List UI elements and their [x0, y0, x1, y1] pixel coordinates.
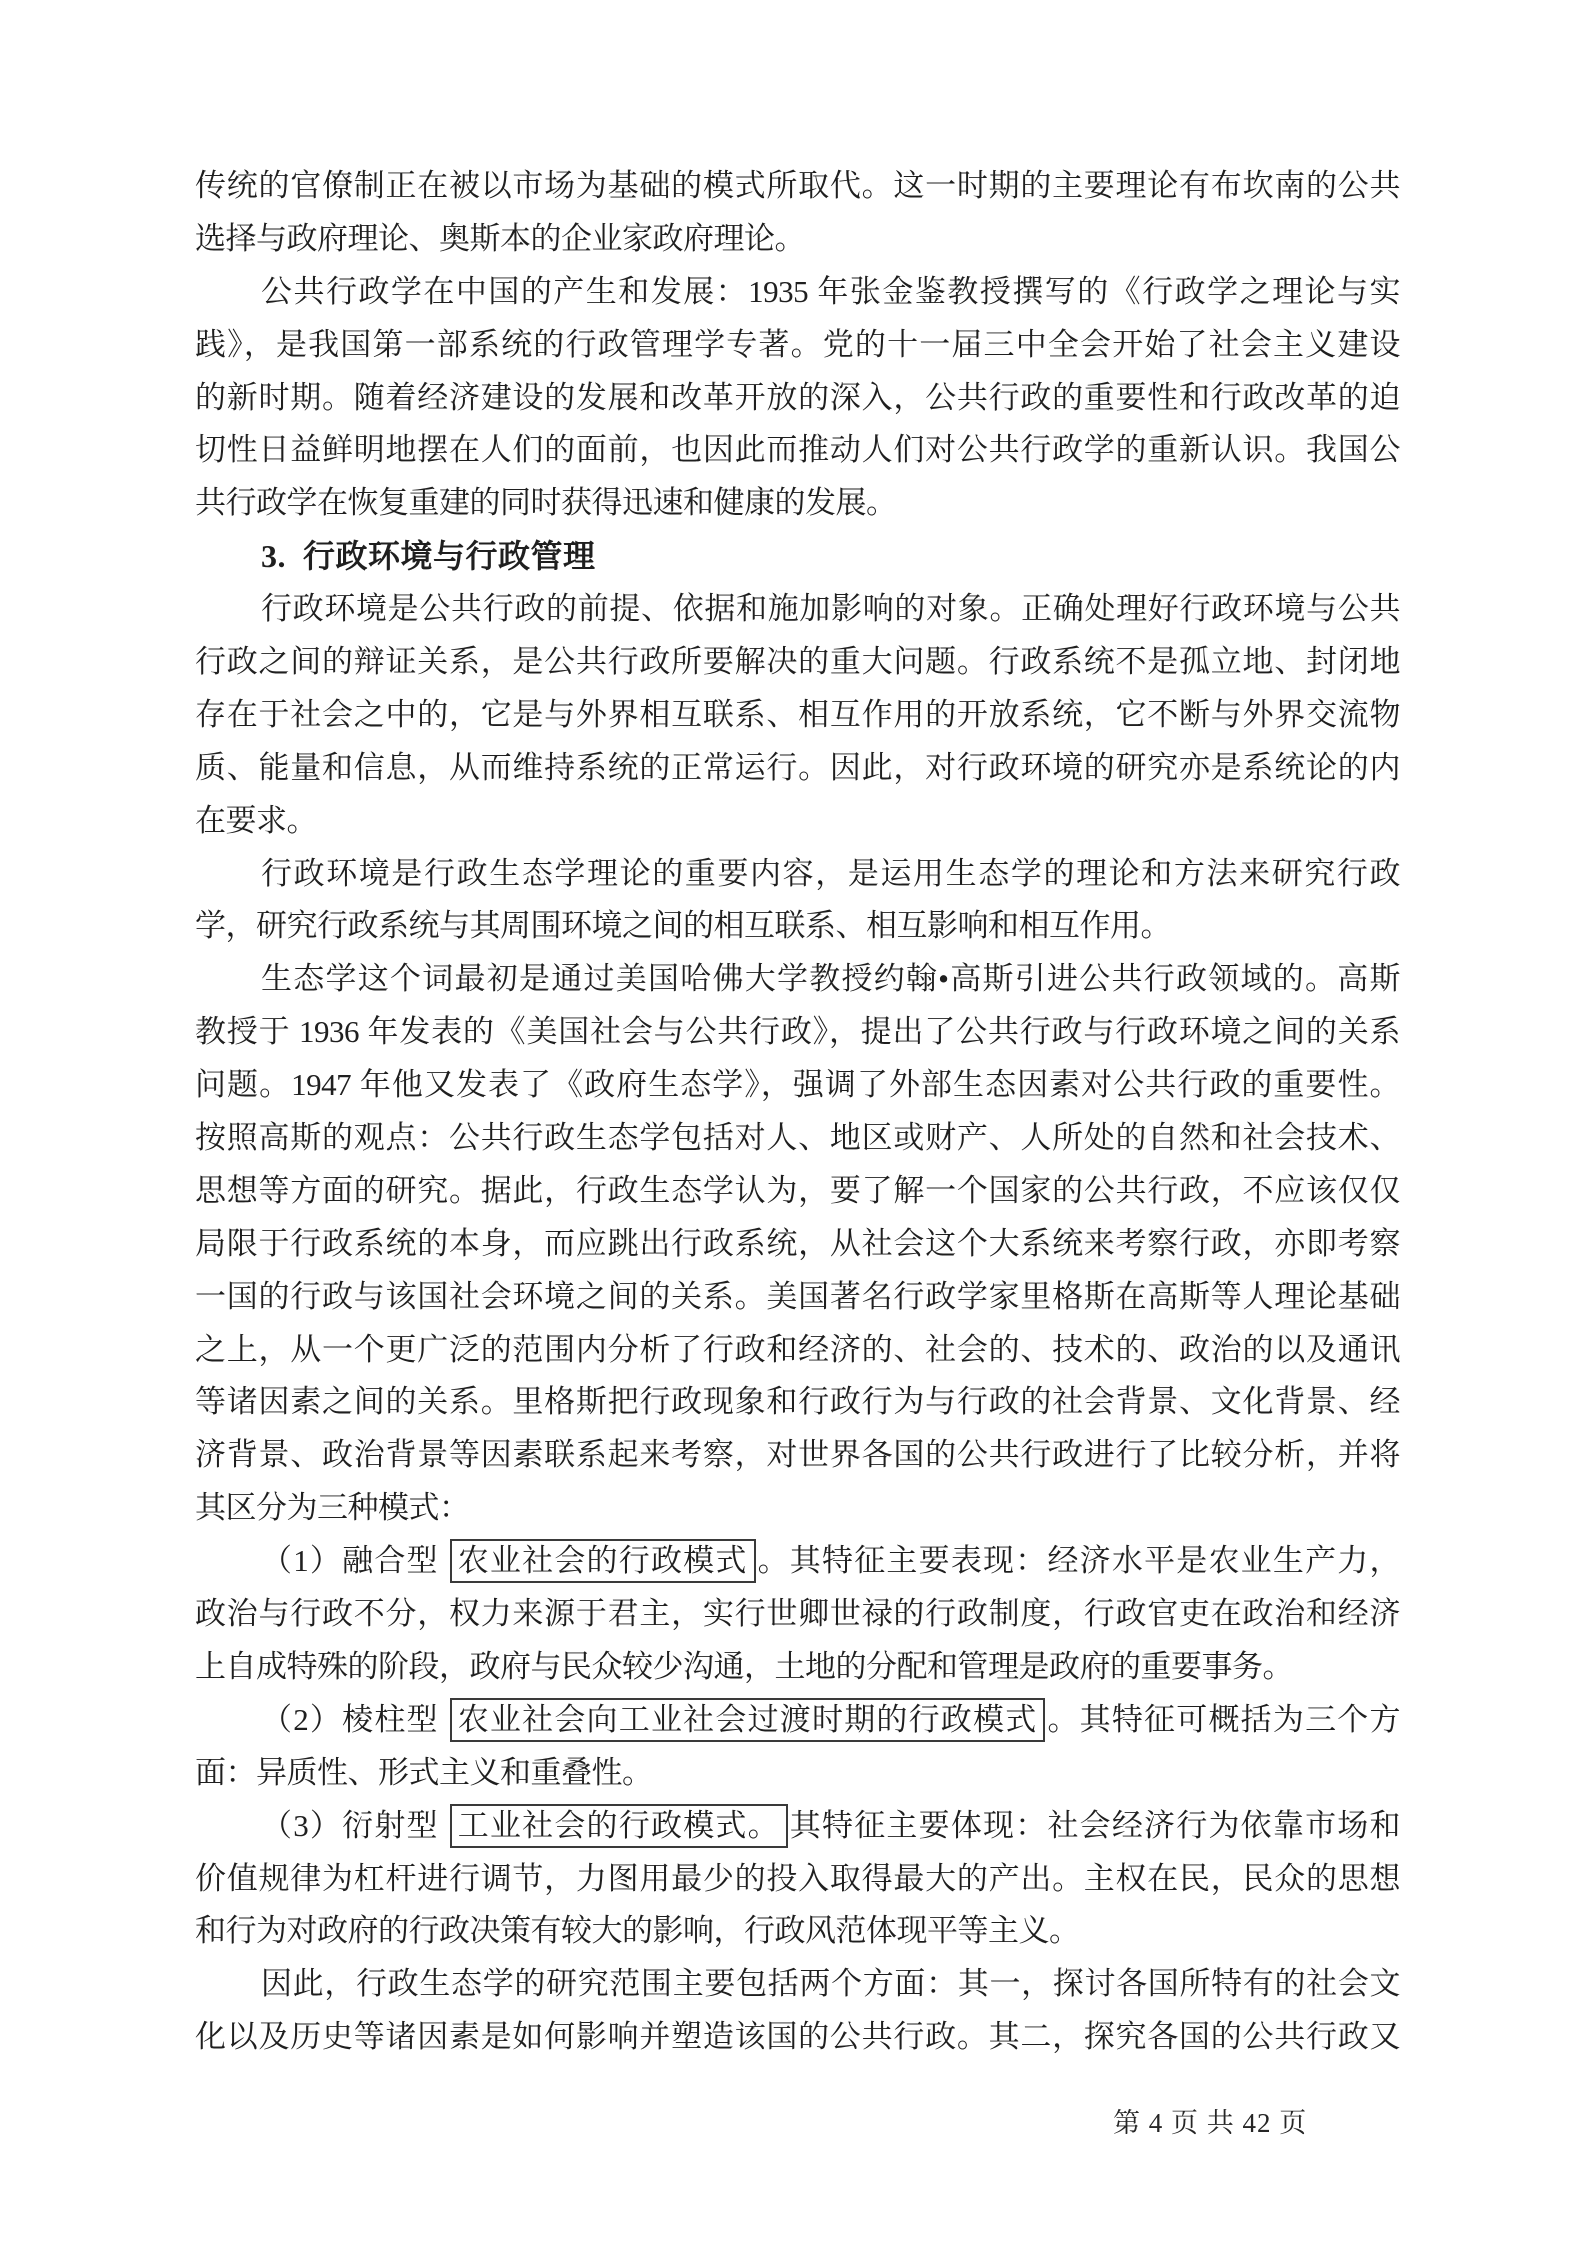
- text-line: 生态学这个词最初是通过美国哈佛大学教授约翰•高斯引进公共行政领域的。高斯: [195, 953, 1400, 1006]
- text-line: 切性日益鲜明地摆在人们的面前，也因此而推动人们对公共行政学的重新认识。我国公: [195, 424, 1400, 477]
- text-segment: 其特征主要体现：社会经济行为依靠市场和: [790, 1808, 1400, 1843]
- text-line: 面：异质性、形式主义和重叠性。: [195, 1747, 1400, 1800]
- text-line: 行政环境是公共行政的前提、依据和施加影响的对象。正确处理好行政环境与公共: [195, 583, 1400, 636]
- text-block: 传统的官僚制正在被以市场为基础的模式所取代。这一时期的主要理论有布坎南的公共选择…: [195, 160, 1400, 2064]
- text-line: 共行政学在恢复重建的同时获得迅速和健康的发展。: [195, 477, 1400, 530]
- text-line: 一国的行政与该国社会环境之间的关系。美国著名行政学家里格斯在高斯等人理论基础: [195, 1271, 1400, 1324]
- text-segment: 。其特征可概括为三个方: [1047, 1702, 1400, 1737]
- boxed-term: 农业社会的行政模式: [450, 1539, 756, 1583]
- text-line: 济背景、政治背景等因素联系起来考察，对世界各国的公共行政进行了比较分析，并将: [195, 1429, 1400, 1482]
- text-line: 价值规律为杠杆进行调节，力图用最少的投入取得最大的产出。主权在民，民众的思想: [195, 1853, 1400, 1906]
- text-line: （2）棱柱型 农业社会向工业社会过渡时期的行政模式。其特征可概括为三个方: [195, 1694, 1400, 1747]
- page-number: 第 4 页 共 42 页: [1113, 2103, 1307, 2143]
- text-line: 践》，是我国第一部系统的行政管理学专著。党的十一届三中全会开始了社会主义建设: [195, 319, 1400, 372]
- text-segment: （3）衍射型: [261, 1808, 448, 1843]
- text-line: （1）融合型 农业社会的行政模式。其特征主要表现：经济水平是农业生产力，: [195, 1535, 1400, 1588]
- text-line: 选择与政府理论、奥斯本的企业家政府理论。: [195, 213, 1400, 266]
- text-line: 在要求。: [195, 795, 1400, 848]
- text-line: 政治与行政不分，权力来源于君主，实行世卿世禄的行政制度，行政官吏在政治和经济: [195, 1588, 1400, 1641]
- text-segment: （2）棱柱型: [261, 1702, 448, 1737]
- text-segment: （1）融合型: [261, 1543, 448, 1578]
- text-line: 和行为对政府的行政决策有较大的影响，行政风范体现平等主义。: [195, 1905, 1400, 1958]
- text-line: 公共行政学在中国的产生和发展：1935 年张金鉴教授撰写的《行政学之理论与实: [195, 266, 1400, 319]
- text-line: 局限于行政系统的本身，而应跳出行政系统，从社会这个大系统来考察行政，亦即考察: [195, 1218, 1400, 1271]
- text-line: 等诸因素之间的关系。里格斯把行政现象和行政行为与行政的社会背景、文化背景、经: [195, 1376, 1400, 1429]
- text-segment: 。其特征主要表现：经济水平是农业生产力，: [758, 1543, 1400, 1578]
- text-line: 学，研究行政系统与其周围环境之间的相互联系、相互影响和相互作用。: [195, 900, 1400, 953]
- boxed-term: 农业社会向工业社会过渡时期的行政模式: [450, 1698, 1046, 1742]
- text-line: 问题。1947 年他又发表了《政府生态学》，强调了外部生态因素对公共行政的重要性…: [195, 1059, 1400, 1112]
- boxed-term: 工业社会的行政模式。: [450, 1804, 788, 1848]
- text-line: 传统的官僚制正在被以市场为基础的模式所取代。这一时期的主要理论有布坎南的公共: [195, 160, 1400, 213]
- text-line: 思想等方面的研究。据此，行政生态学认为，要了解一个国家的公共行政，不应该仅仅: [195, 1165, 1400, 1218]
- section-heading: 3. 行政环境与行政管理: [195, 530, 1400, 583]
- text-line: 其区分为三种模式：: [195, 1482, 1400, 1535]
- document-page: 传统的官僚制正在被以市场为基础的模式所取代。这一时期的主要理论有布坎南的公共选择…: [0, 0, 1594, 2252]
- text-line: 因此，行政生态学的研究范围主要包括两个方面：其一，探讨各国所特有的社会文: [195, 1958, 1400, 2011]
- text-line: 的新时期。随着经济建设的发展和改革开放的深入，公共行政的重要性和行政改革的迫: [195, 372, 1400, 425]
- text-line: 行政之间的辩证关系，是公共行政所要解决的重大问题。行政系统不是孤立地、封闭地: [195, 636, 1400, 689]
- text-line: 化以及历史等诸因素是如何影响并塑造该国的公共行政。其二，探究各国的公共行政又: [195, 2011, 1400, 2064]
- text-line: 按照高斯的观点：公共行政生态学包括对人、地区或财产、人所处的自然和社会技术、: [195, 1112, 1400, 1165]
- text-line: 质、能量和信息，从而维持系统的正常运行。因此，对行政环境的研究亦是系统论的内: [195, 742, 1400, 795]
- text-line: 存在于社会之中的，它是与外界相互联系、相互作用的开放系统，它不断与外界交流物: [195, 689, 1400, 742]
- text-line: 教授于 1936 年发表的《美国社会与公共行政》，提出了公共行政与行政环境之间的…: [195, 1006, 1400, 1059]
- text-line: 行政环境是行政生态学理论的重要内容，是运用生态学的理论和方法来研究行政: [195, 848, 1400, 901]
- text-line: 之上，从一个更广泛的范围内分析了行政和经济的、社会的、技术的、政治的以及通讯: [195, 1324, 1400, 1377]
- text-line: 上自成特殊的阶段，政府与民众较少沟通，土地的分配和管理是政府的重要事务。: [195, 1641, 1400, 1694]
- text-line: （3）衍射型 工业社会的行政模式。其特征主要体现：社会经济行为依靠市场和: [195, 1800, 1400, 1853]
